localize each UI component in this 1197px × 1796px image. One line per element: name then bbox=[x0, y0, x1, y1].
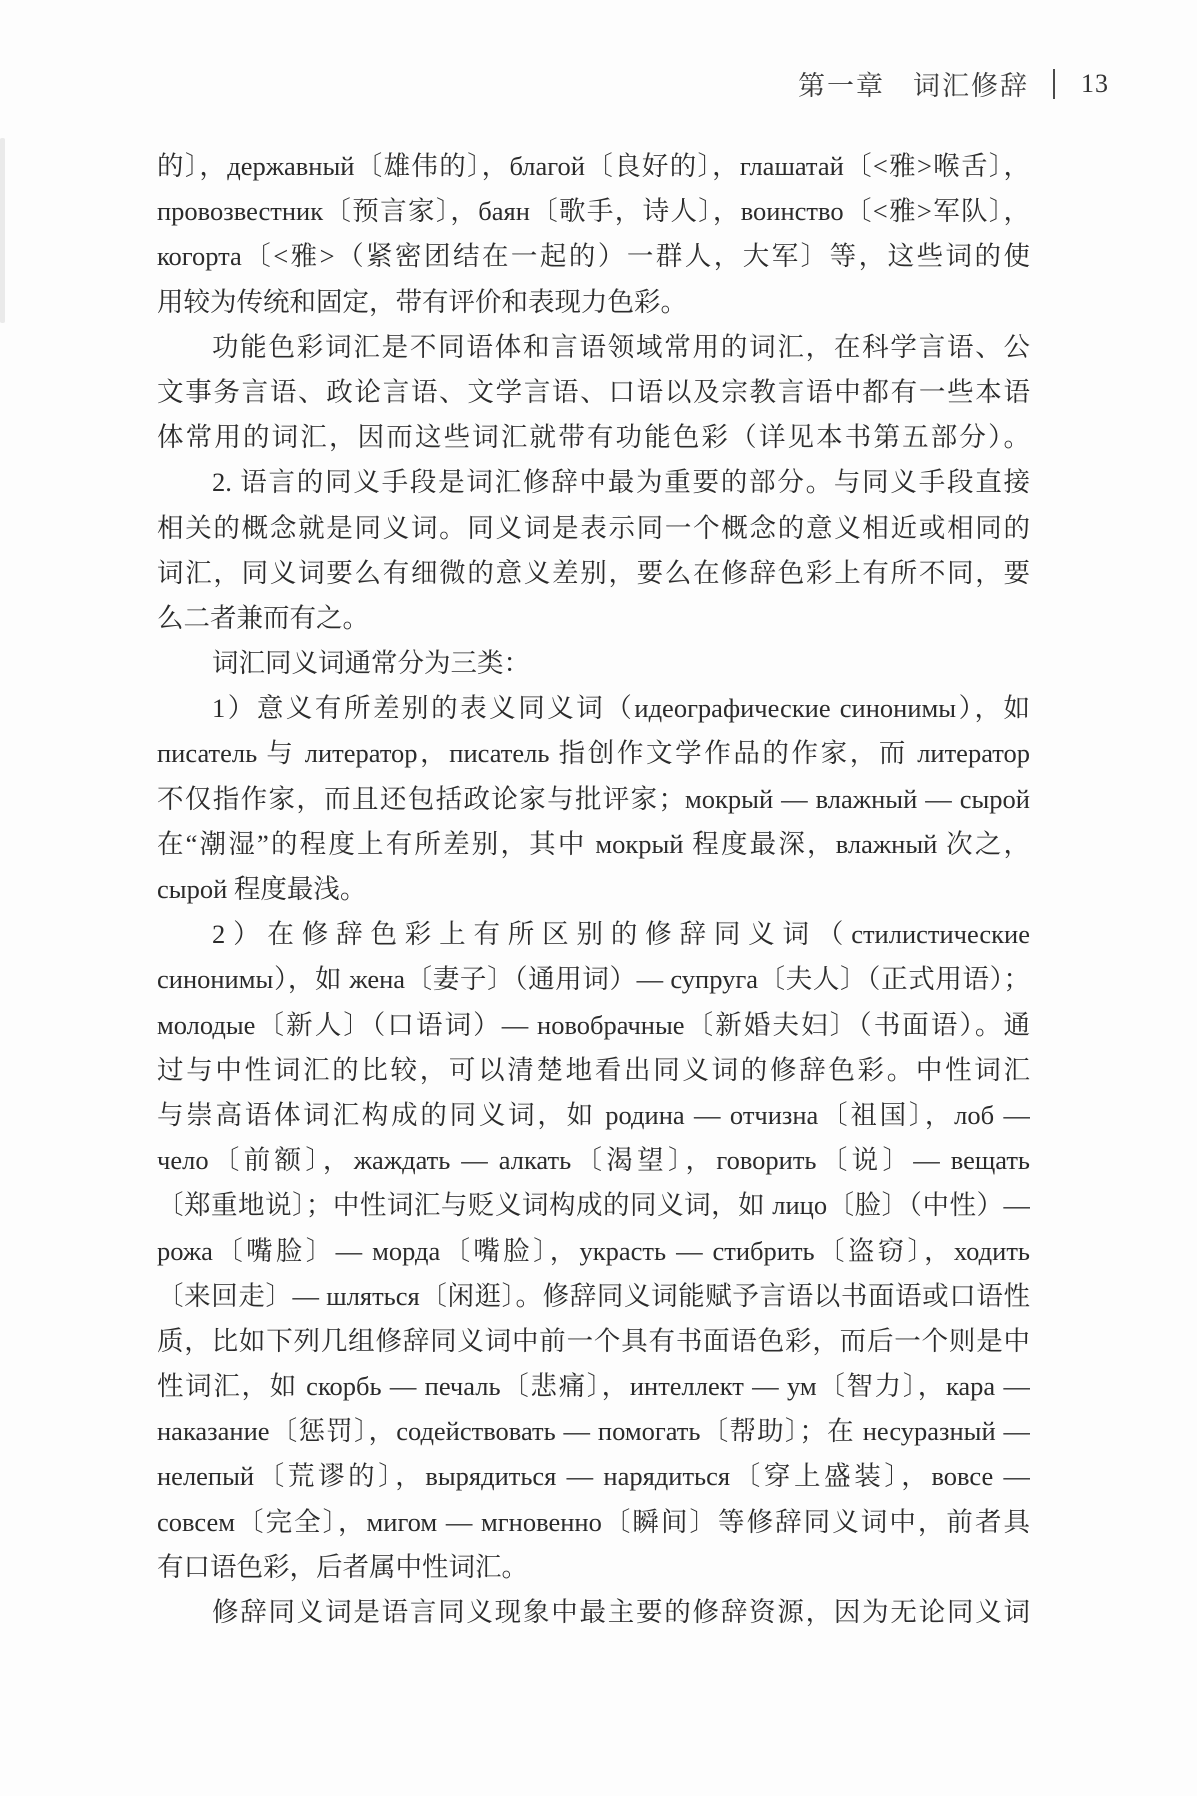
text-line: 2）在修辞色彩上有所区别的修辞同义词（стилистические bbox=[157, 912, 1030, 957]
text-line: синонимы），如 жена〔妻子〕（通用词）— супруга〔夫人〕（正… bbox=[157, 957, 1030, 1002]
text-line: сырой 程度最浅。 bbox=[157, 867, 1030, 912]
running-header: 第一章 词汇修辞 13 bbox=[798, 64, 1109, 103]
page-number: 13 bbox=[1081, 69, 1109, 99]
scan-edge-artifact bbox=[0, 138, 5, 323]
text-line: 功能色彩词汇是不同语体和言语领域常用的词汇，在科学言语、公 bbox=[157, 325, 1030, 370]
text-line: нелепый〔荒谬的〕，вырядиться — нарядиться〔穿上盛… bbox=[157, 1454, 1030, 1499]
text-line: когорта〔<雅>（紧密团结在一起的）一群人，大军〕等，这些词的使 bbox=[157, 234, 1030, 279]
text-line: провозвестник〔预言家〕，баян〔歌手，诗人〕，воинство〔… bbox=[157, 189, 1030, 234]
text-line: рожа〔嘴脸〕— морда〔嘴脸〕，украсть — стибрить〔盗… bbox=[157, 1229, 1030, 1274]
text-line: 修辞同义词是语言同义现象中最主要的修辞资源，因为无论同义词 bbox=[157, 1590, 1030, 1635]
text-line: наказание〔惩罚〕，содействовать — помогать〔帮… bbox=[157, 1409, 1030, 1454]
text-line: совсем〔完全〕，мигом — мгновенно〔瞬间〕等修辞同义词中，… bbox=[157, 1500, 1030, 1545]
text-line: 用较为传统和固定，带有评价和表现力色彩。 bbox=[157, 280, 1030, 325]
text-line: 在“潮湿”的程度上有所差别，其中 мокрый 程度最深，влажный 次之， bbox=[157, 822, 1030, 867]
text-line: 体常用的词汇，因而这些词汇就带有功能色彩（详见本书第五部分）。 bbox=[157, 415, 1030, 460]
chapter-title: 词汇修辞 bbox=[913, 64, 1029, 103]
text-line: 相关的概念就是同义词。同义词是表示同一个概念的意义相近或相同的 bbox=[157, 506, 1030, 551]
text-line: 性词汇，如 скорбь — печаль〔悲痛〕，интеллект — ум… bbox=[157, 1364, 1030, 1409]
text-line: 的〕，державный〔雄伟的〕，благой〔良好的〕，глашатай〔<… bbox=[157, 144, 1030, 189]
chapter-label: 第一章 bbox=[798, 64, 885, 103]
text-line: 文事务言语、政论言语、文学言语、口语以及宗教言语中都有一些本语 bbox=[157, 370, 1030, 415]
text-line: 有口语色彩，后者属中性词汇。 bbox=[157, 1545, 1030, 1590]
text-line: 过与中性词汇的比较，可以清楚地看出同义词的修辞色彩。中性词汇 bbox=[157, 1048, 1030, 1093]
text-line: 词汇同义词通常分为三类： bbox=[157, 641, 1030, 686]
text-line: 1）意义有所差别的表义同义词（идеографические синонимы）… bbox=[157, 686, 1030, 731]
text-line: 〔郑重地说〕；中性词汇与贬义词构成的同义词，如 лицо〔脸〕（中性）— bbox=[157, 1183, 1030, 1228]
text-line: 〔来回走〕— шляться〔闲逛〕。修辞同义词能赋予言语以书面语或口语性 bbox=[157, 1274, 1030, 1319]
body-text: 的〕，державный〔雄伟的〕，благой〔良好的〕，глашатай〔<… bbox=[157, 144, 1030, 1635]
text-line: 与崇高语体词汇构成的同义词，如 родина — отчизна〔祖国〕，лоб… bbox=[157, 1093, 1030, 1138]
text-line: 么二者兼而有之。 bbox=[157, 596, 1030, 641]
text-line: 2. 语言的同义手段是词汇修辞中最为重要的部分。与同义手段直接 bbox=[157, 460, 1030, 505]
text-line: писатель 与 литератор，писатель 指创作文学作品的作家… bbox=[157, 731, 1030, 776]
header-divider bbox=[1053, 69, 1055, 99]
text-line: чело〔前额〕，жаждать — алкать〔渴望〕，говорить〔说… bbox=[157, 1138, 1030, 1183]
book-page: 第一章 词汇修辞 13 的〕，державный〔雄伟的〕，благой〔良好的… bbox=[0, 0, 1197, 1796]
text-line: молодые〔新人〕（口语词）— новобрачные〔新婚夫妇〕（书面语）… bbox=[157, 1003, 1030, 1048]
text-line: 不仅指作家，而且还包括政论家与批评家；мокрый — влажный — сы… bbox=[157, 777, 1030, 822]
text-line: 词汇，同义词要么有细微的意义差别，要么在修辞色彩上有所不同，要 bbox=[157, 551, 1030, 596]
text-line: 质，比如下列几组修辞同义词中前一个具有书面语色彩，而后一个则是中 bbox=[157, 1319, 1030, 1364]
